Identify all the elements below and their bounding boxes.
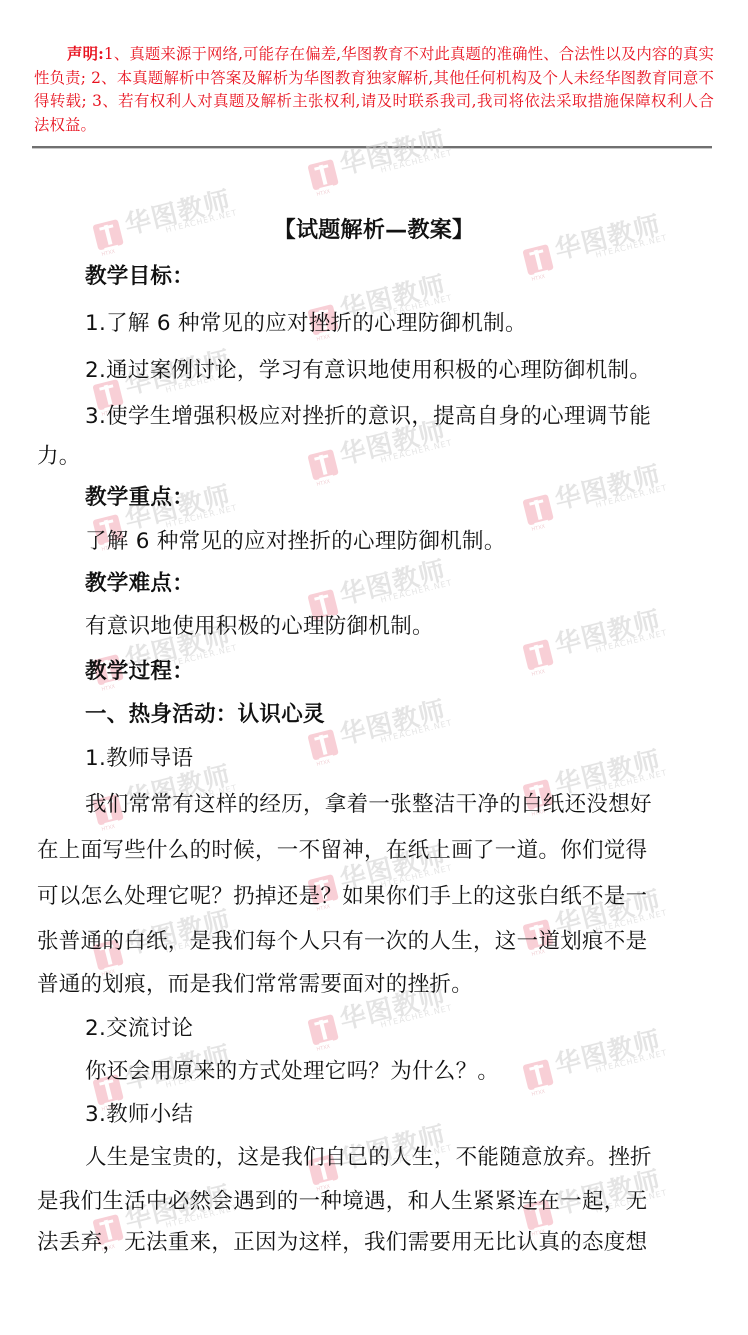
section-heading-difficulties: 教学难点： — [85, 566, 194, 597]
watermark-logo-label: HTXX — [531, 1089, 546, 1098]
watermark-logo-icon — [307, 449, 339, 481]
watermark-logo-label: HTXX — [316, 759, 331, 768]
watermark-url: HTEACHER.NET — [595, 628, 669, 655]
watermark: HTXX华图教师HTEACHER.NET — [303, 675, 483, 776]
paragraph-line: 可以怎么处理它呢？扔掉还是？如果你们手上的这张白纸不是一 — [37, 879, 647, 910]
watermark-url: HTEACHER.NET — [380, 438, 454, 465]
watermark-logo-label: HTXX — [531, 274, 546, 283]
watermark-url: HTEACHER.NET — [380, 148, 454, 175]
substep-discussion: 2.交流讨论 — [85, 1011, 193, 1042]
section-heading-objectives: 教学目标： — [85, 259, 194, 290]
watermark: HTXX华图教师HTEACHER.NET — [518, 585, 698, 686]
watermark-brand: 华图教师 — [335, 690, 449, 752]
discussion-question: 你还会用原来的方式处理它吗？为什么？。 — [85, 1054, 499, 1085]
watermark-logo-label: HTXX — [101, 684, 116, 693]
objective-3: 3.使学生增强积极应对挫折的意识，提高自身的心理调节能 — [85, 399, 651, 430]
watermark-logo-icon — [522, 494, 554, 526]
watermark-url: HTEACHER.NET — [380, 718, 454, 745]
watermark-logo-label: HTXX — [531, 669, 546, 678]
watermark-logo-icon — [522, 244, 554, 276]
header-divider — [32, 146, 712, 149]
section-heading-key-points: 教学重点： — [85, 480, 194, 511]
paragraph-line: 普通的划痕，而是我们常常需要面对的挫折。 — [37, 967, 473, 998]
watermark-logo-label: HTXX — [316, 479, 331, 488]
watermark-logo-label: HTXX — [101, 824, 116, 833]
watermark-url: HTEACHER.NET — [595, 1048, 669, 1075]
disclaimer-text: 1、真题来源于网络,可能存在偏差,华图教育不对此真题的准确性、合法性以及内容的真… — [34, 45, 714, 134]
step-heading-warmup: 一、热身活动：认识心灵 — [85, 697, 325, 728]
paragraph-line: 是我们生活中必然会遇到的一种境遇，和人生紧紧连在一起，无 — [37, 1184, 647, 1215]
watermark-logo-icon — [307, 159, 339, 191]
objective-2: 2.通过案例讨论，学习有意识地使用积极的心理防御机制。 — [85, 353, 651, 384]
paragraph-line: 张普通的白纸，是我们每个人只有一次的人生，这一道划痕不是 — [37, 924, 647, 955]
difficulty: 有意识地使用积极的心理防御机制。 — [85, 609, 434, 640]
watermark-logo-icon — [522, 1059, 554, 1091]
watermark-logo-label: HTXX — [531, 524, 546, 533]
objective-1: 1.了解 6 种常见的应对挫折的心理防御机制。 — [85, 306, 527, 337]
key-point: 了解 6 种常见的应对挫折的心理防御机制。 — [85, 524, 506, 555]
substep-intro: 1.教师导语 — [85, 741, 193, 772]
watermark-logo-icon — [522, 639, 554, 671]
document-title: 【试题解析—教案】 — [0, 213, 748, 244]
paragraph-line: 在上面写些什么的时候，一不留神，在纸上画了一道。你们觉得 — [37, 833, 647, 864]
paragraph-line: 我们常常有这样的经历，拿着一张整洁干净的白纸还没想好 — [85, 787, 652, 818]
watermark-logo-label: HTXX — [101, 249, 116, 258]
watermark-logo-label: HTXX — [316, 189, 331, 198]
disclaimer: 声明:1、真题来源于网络,可能存在偏差,华图教育不对此真题的准确性、合法性以及内… — [34, 43, 714, 137]
disclaimer-lead: 声明: — [67, 45, 104, 63]
watermark: HTXX华图教师HTEACHER.NET — [518, 1005, 698, 1106]
paragraph-line: 法丢弃，无法重来，正因为这样，我们需要用无比认真的态度想 — [37, 1225, 647, 1256]
watermark-url: HTEACHER.NET — [380, 1003, 454, 1030]
watermark-url: HTEACHER.NET — [595, 483, 669, 510]
objective-3-cont: 力。 — [37, 439, 81, 470]
watermark-url: HTEACHER.NET — [380, 578, 454, 605]
watermark-logo-icon — [307, 729, 339, 761]
watermark-logo-icon — [307, 1014, 339, 1046]
watermark: HTXX华图教师HTEACHER.NET — [518, 440, 698, 541]
watermark-brand: 华图教师 — [550, 1020, 664, 1082]
section-heading-process: 教学过程： — [85, 654, 194, 685]
watermark-brand: 华图教师 — [550, 600, 664, 662]
paragraph-line: 人生是宝贵的，这是我们自己的人生，不能随意放弃。挫折 — [85, 1140, 652, 1171]
watermark-brand: 华图教师 — [550, 455, 664, 517]
watermark-brand: 华图教师 — [335, 550, 449, 612]
watermark-logo-label: HTXX — [316, 1044, 331, 1053]
substep-summary: 3.教师小结 — [85, 1097, 193, 1128]
